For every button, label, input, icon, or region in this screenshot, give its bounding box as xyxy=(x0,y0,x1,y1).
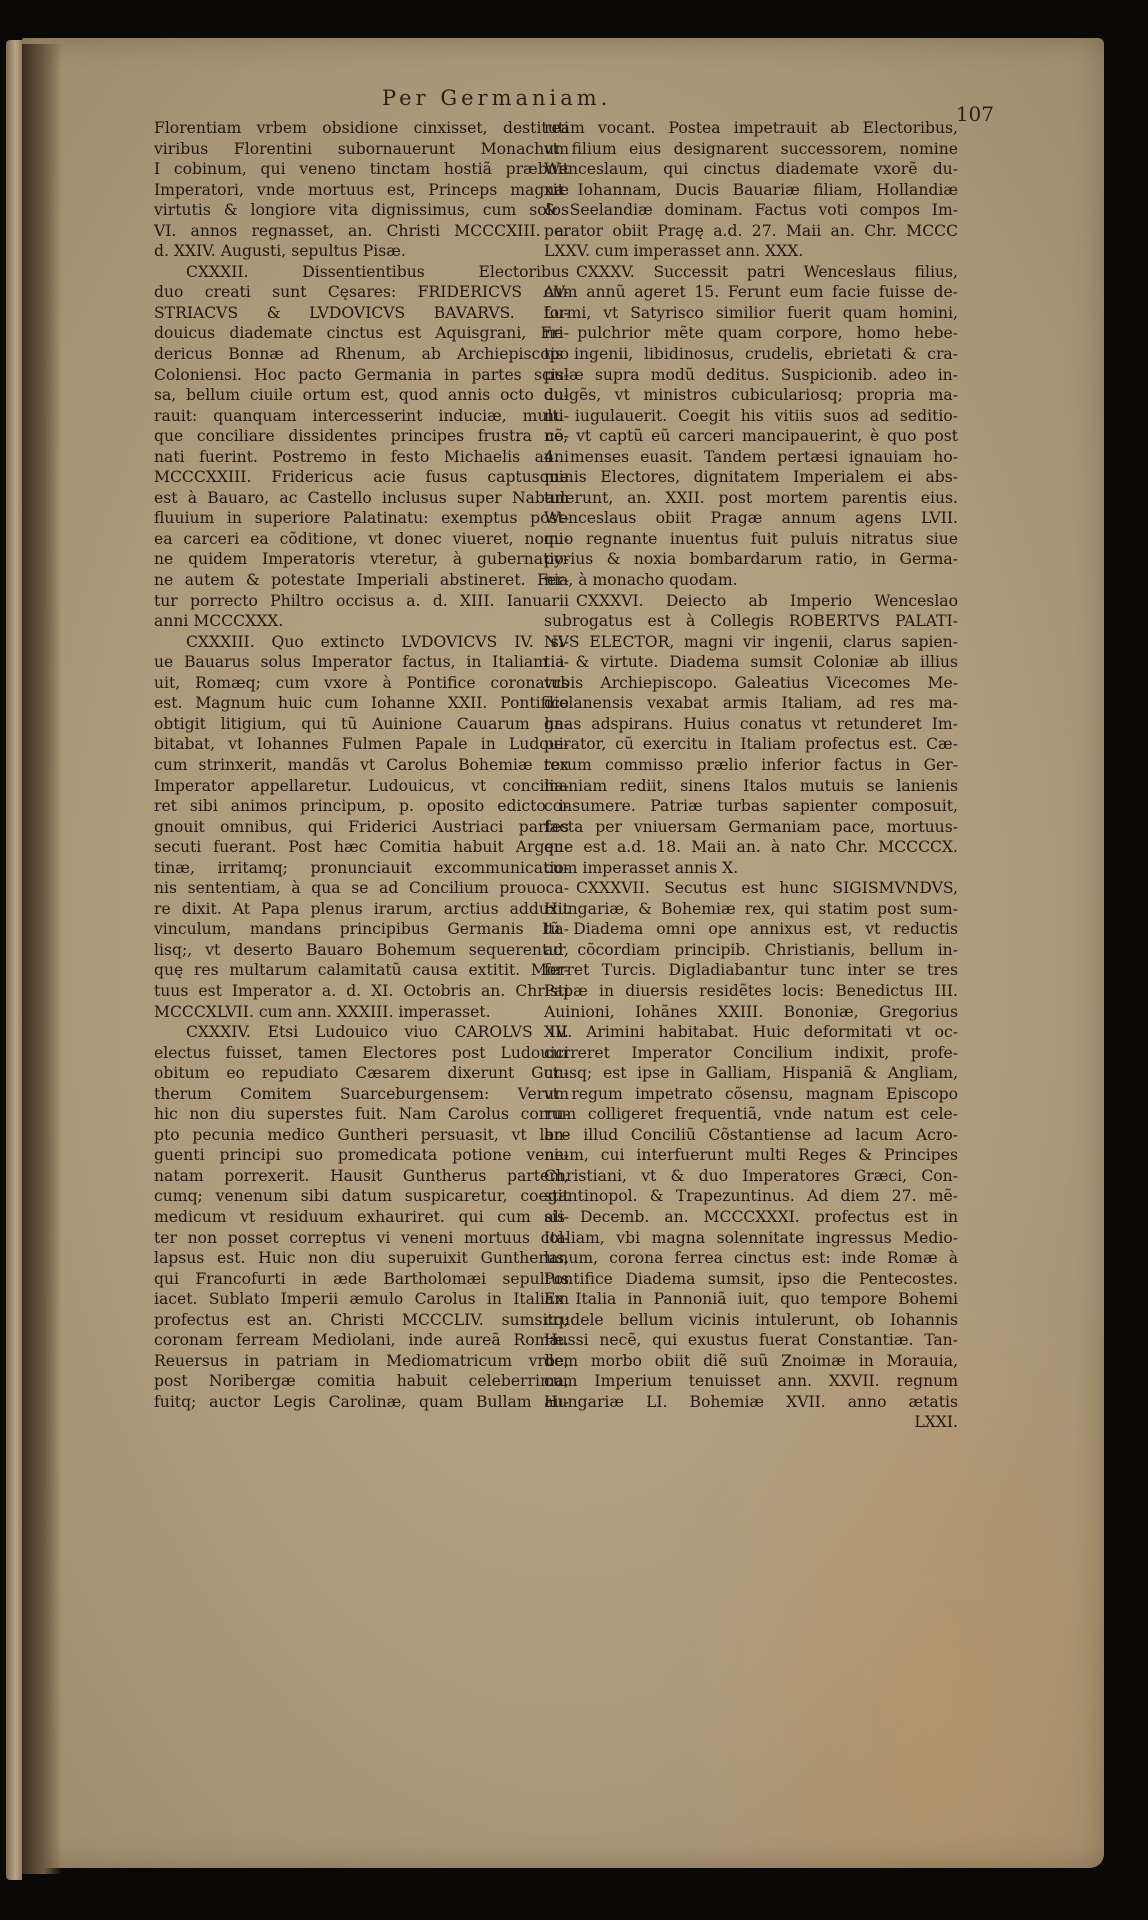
text-line: Papæ in diuersis residẽtes locis: Benedi… xyxy=(544,981,958,1002)
gutter-shadow xyxy=(22,44,62,1874)
text-line: est à Bauaro, ac Castello inclusus super… xyxy=(154,488,569,509)
text-line: tis ingenii, libidinosus, crudelis, ebri… xyxy=(544,344,958,365)
text-line: vrbis Archiepiscopo. Galeatius Vicecomes… xyxy=(544,673,958,694)
text-line: CXXXVII. Secutus est hunc SIGISMVNDVS, xyxy=(544,878,958,899)
text-line: fuitq; auctor Legis Carolinæ, quam Bulla… xyxy=(154,1392,569,1413)
text-line: natam porrexerit. Hausit Guntherus parte… xyxy=(154,1166,569,1187)
text-line: formi, vt Satyrisco similior fuerit quam… xyxy=(544,303,958,324)
text-line: virtutis & longiore vita dignissimus, cu… xyxy=(154,200,569,221)
text-line: viribus Florentini subornauerunt Monachu… xyxy=(154,139,569,160)
text-line: CXXXVI. Deiecto ab Imperio Wenceslao xyxy=(544,591,958,612)
text-line: ret sibi animos principum, p. oposito ed… xyxy=(154,796,569,817)
text-line: XII. Arimini habitabat. Huic deformitati… xyxy=(544,1022,958,1043)
text-line: Wenceslaus obiit Pragæ annum agens LVII. xyxy=(544,508,958,529)
right-column: ream vocant. Postea impetrauit ab Electo… xyxy=(544,118,958,1433)
text-line: tuus est Imperator a. d. XI. Octobris an… xyxy=(154,981,569,1002)
text-line: coronam ferream Mediolani, inde aureã Ro… xyxy=(154,1330,569,1351)
text-line: tia & virtute. Diadema sumsit Coloniæ ab… xyxy=(544,652,958,673)
text-line: Imperatori, vnde mortuus est, Princeps m… xyxy=(154,180,569,201)
text-line: nu iugulauerit. Coegit his vitiis suos a… xyxy=(544,406,958,427)
text-line: hic non diu superstes fuit. Nam Carolus … xyxy=(154,1104,569,1125)
text-line: que est a.d. 18. Maii an. à nato Chr. MC… xyxy=(544,837,958,858)
text-line: duo creati sunt Cęsares: FRIDERICVS AV- xyxy=(154,282,569,303)
text-line: NVS ELECTOR, magni vir ingenii, clarus s… xyxy=(544,632,958,653)
text-line: vt regum impetrato cõsensu, magnam Episc… xyxy=(544,1084,958,1105)
text-line: CXXXII. Dissentientibus Electoribus xyxy=(154,262,569,283)
book-page: Per Germaniam. 107 Florentiam vrbem obsi… xyxy=(22,38,1104,1868)
text-line: obitum eo repudiato Cæsarem dixerunt Gun… xyxy=(154,1063,569,1084)
text-line: ter non posset correptus vi veneni mortu… xyxy=(154,1228,569,1249)
text-line: Pontifice Diadema sumsit, ipso die Pente… xyxy=(544,1269,958,1290)
text-line: gnas adspirans. Huius conatus vt retunde… xyxy=(544,714,958,735)
text-line: perator, cũ exercitu in Italiam profectu… xyxy=(544,734,958,755)
text-line: nia, à monacho quodam. xyxy=(544,570,958,591)
text-line: rauit: quanquam intercesserint induciæ, … xyxy=(154,406,569,427)
text-line: Hungariæ, & Bohemiæ rex, qui statim post… xyxy=(544,899,958,920)
text-line: ne autem & potestate Imperiali abstinere… xyxy=(154,570,569,591)
text-line: que conciliare dissidentes principes fru… xyxy=(154,426,569,447)
text-line: sa, bellum ciuile ortum est, quod annis … xyxy=(154,385,569,406)
text-line: iacet. Sublato Imperii æmulo Carolus in … xyxy=(154,1289,569,1310)
text-line: 4. menses euasit. Tandem pertæsi ignauia… xyxy=(544,447,958,468)
text-line: Hussi necẽ, qui exustus fuerat Constanti… xyxy=(544,1330,958,1351)
text-line: CXXXIII. Quo extincto LVDOVICVS IV. si- xyxy=(154,632,569,653)
running-head: Per Germaniam. xyxy=(382,86,611,110)
text-line: nis sententiam, à qua se ad Concilium pr… xyxy=(154,878,569,899)
text-line: guenti principi suo promedicata potione … xyxy=(154,1145,569,1166)
text-line: tulerunt, an. XXII. post mortem parentis… xyxy=(544,488,958,509)
text-line: tinæ, irritamq; pronunciauit excommunica… xyxy=(154,858,569,879)
text-line: therum Comitem Suarceburgensem: Verum xyxy=(154,1084,569,1105)
text-line: tur porrecto Philtro occisus a. d. XIII.… xyxy=(154,591,569,612)
text-line: d. XXIV. Augusti, sepultus Pisæ. xyxy=(154,241,569,262)
text-line: Coloniensi. Hoc pacto Germania in partes… xyxy=(154,365,569,386)
text-line: maniam rediit, sinens Italos mutuis se l… xyxy=(544,776,958,797)
text-line: ea carceri ea cõditione, vt donec viuere… xyxy=(154,529,569,550)
text-line: LXXI. xyxy=(544,1412,958,1433)
text-line: tũ Diadema omni ope annixus est, vt redu… xyxy=(544,919,958,940)
text-line: Reuersus in patriam in Mediomatricum vrb… xyxy=(154,1351,569,1372)
text-line: profectus est an. Christi MCCCLIV. sumsi… xyxy=(154,1310,569,1331)
text-line: lanum, corona ferrea cinctus est: inde R… xyxy=(544,1248,958,1269)
text-line: ream vocant. Postea impetrauit ab Electo… xyxy=(544,118,958,139)
text-line: perator obiit Pragę a.d. 27. Maii an. Ch… xyxy=(544,221,958,242)
text-line: ne quidem Imperatoris vteretur, à gubern… xyxy=(154,549,569,570)
text-line: cum strinxerit, mandãs vt Carolus Bohemi… xyxy=(154,755,569,776)
text-line: medicum vt residuum exhauriret. qui cum … xyxy=(154,1207,569,1228)
text-line: I cobinum, qui veneno tinctam hostiã præ… xyxy=(154,159,569,180)
text-line: curreret Imperator Concilium indixit, pr… xyxy=(544,1043,958,1064)
text-line: re dixit. At Papa plenus irarum, arctius… xyxy=(154,899,569,920)
text-line: subrogatus est à Collegis ROBERTVS PALAT… xyxy=(544,611,958,632)
text-line: vinculum, mandans principibus Germanis I… xyxy=(154,919,569,940)
text-line: Christiani, vt & duo Imperatores Græci, … xyxy=(544,1166,958,1187)
text-line: fluuium in superiore Palatinatu: exemptu… xyxy=(154,508,569,529)
text-line: lisq;, vt deserto Bauaro Bohemum sequere… xyxy=(154,940,569,961)
text-line: dericus Bonnæ ad Rhenum, ab Archiepiscop… xyxy=(154,344,569,365)
text-line: post Noribergæ comitia habuit celeberrim… xyxy=(154,1371,569,1392)
text-line: Auinioni, Iohãnes XXIII. Bononiæ, Gregor… xyxy=(544,1002,958,1023)
text-line: sis Decemb. an. MCCCXXXI. profectus est … xyxy=(544,1207,958,1228)
text-line: nium, cui interfuerunt multi Reges & Pri… xyxy=(544,1145,958,1166)
text-line: uit, Romæq; cum vxore à Pontifice corona… xyxy=(154,673,569,694)
text-line: stantinopol. & Trapezuntinus. Ad diem 27… xyxy=(544,1186,958,1207)
text-line: CXXXIV. Etsi Ludouico viuo CAROLVS IV. xyxy=(154,1022,569,1043)
text-line: dem morbo obiit diẽ suũ Znoimæ in Moraui… xyxy=(544,1351,958,1372)
text-line: cum annũ ageret 15. Ferunt eum facie fui… xyxy=(544,282,958,303)
page-number: 107 xyxy=(956,102,994,126)
text-line: anni MCCCXXX. xyxy=(154,611,569,632)
text-line: ctusq; est ipse in Galliam, Hispaniã & A… xyxy=(544,1063,958,1084)
text-line: nati fuerint. Postremo in festo Michaeli… xyxy=(154,447,569,468)
text-line: douicus diademate cinctus est Aquisgrani… xyxy=(154,323,569,344)
text-line: cum Imperium tenuisset ann. XXVII. regnu… xyxy=(544,1371,958,1392)
text-line: pto pecunia medico Guntheri persuasit, v… xyxy=(154,1125,569,1146)
text-line: qui Francofurti in æde Bartholomæi sepul… xyxy=(154,1269,569,1290)
text-line: lapsus est. Huic non diu superuixit Gunt… xyxy=(154,1248,569,1269)
text-line: terum commisso prælio inferior factus in… xyxy=(544,755,958,776)
text-line: ad cõcordiam principib. Christianis, bel… xyxy=(544,940,958,961)
text-line: pulæ supra modũ deditus. Suspicionib. ad… xyxy=(544,365,958,386)
text-line: bitabat, vt Iohannes Fulmen Papale in Lu… xyxy=(154,734,569,755)
text-line: crudele bellum vicinis intulerunt, ob Io… xyxy=(544,1310,958,1331)
text-line: gnouit omnibus, qui Friderici Austriaci … xyxy=(154,817,569,838)
text-line: Hungariæ LI. Bohemiæ XVII. anno ætatis xyxy=(544,1392,958,1413)
previous-page-edge xyxy=(6,40,22,1880)
text-line: pyrius & noxia bombardarum ratio, in Ger… xyxy=(544,549,958,570)
text-line: minis Electores, dignitatem Imperialem e… xyxy=(544,467,958,488)
text-line: quę res multarum calamitatũ causa extiti… xyxy=(154,960,569,981)
text-line: MCCCXLVII. cum ann. XXXIII. imperasset. xyxy=(154,1002,569,1023)
text-line: rum colligeret frequentiã, vnde natum es… xyxy=(544,1104,958,1125)
text-line: VI. annos regnasset, an. Christi MCCCXII… xyxy=(154,221,569,242)
text-line: & Seelandiæ dominam. Factus voti compos … xyxy=(544,200,958,221)
text-line: ne pulchrior mẽte quam corpore, homo heb… xyxy=(544,323,958,344)
text-line: CXXXV. Successit patri Wenceslaus filius… xyxy=(544,262,958,283)
text-line: quo regnante inuentus fuit puluis nitrat… xyxy=(544,529,958,550)
text-line: ferret Turcis. Digladiabantur tunc inter… xyxy=(544,960,958,981)
text-line: est. Magnum huic cum Iohanne XXII. Ponti… xyxy=(154,693,569,714)
text-line: LXXV. cum imperasset ann. XXX. xyxy=(544,241,958,262)
text-line: cumq; venenum sibi datum suspicaretur, c… xyxy=(154,1186,569,1207)
text-line: consumere. Patriæ turbas sapienter compo… xyxy=(544,796,958,817)
text-line: Wenceslaum, qui cinctus diademate vxorẽ … xyxy=(544,159,958,180)
text-line: vt filium eius designarent successorem, … xyxy=(544,139,958,160)
text-line: Italiam, vbi magna solennitate ingressus… xyxy=(544,1228,958,1249)
left-column: Florentiam vrbem obsidione cinxisset, de… xyxy=(154,118,569,1412)
text-line: Ex Italia in Pannoniã iuit, quo tempore … xyxy=(544,1289,958,1310)
text-line: electus fuisset, tamen Electores post Lu… xyxy=(154,1043,569,1064)
text-line: Florentiam vrbem obsidione cinxisset, de… xyxy=(154,118,569,139)
text-line: nẽ, vt captũ eũ carceri mancipauerint, è… xyxy=(544,426,958,447)
text-line: STRIACVS & LVDOVICVS BAVARVS. Lu- xyxy=(154,303,569,324)
text-line: cum imperasset annis X. xyxy=(544,858,958,879)
text-line: obtigit litigium, qui tũ Auinione Cauaru… xyxy=(154,714,569,735)
text-line: ue Bauarus solus Imperator factus, in It… xyxy=(154,652,569,673)
text-line: facta per vniuersam Germaniam pace, mort… xyxy=(544,817,958,838)
text-line: diolanensis vexabat armis Italiam, ad re… xyxy=(544,693,958,714)
text-line: bre illud Conciliũ Cõstantiense ad lacum… xyxy=(544,1125,958,1146)
text-line: Imperator appellaretur. Ludouicus, vt co… xyxy=(154,776,569,797)
text-line: secuti fuerant. Post hæc Comitia habuit … xyxy=(154,837,569,858)
text-line: xit Iohannam, Ducis Bauariæ filiam, Holl… xyxy=(544,180,958,201)
text-line: dulgẽs, vt ministros cubiculariosq; prop… xyxy=(544,385,958,406)
text-line: MCCCXXIII. Fridericus acie fusus captusq… xyxy=(154,467,569,488)
